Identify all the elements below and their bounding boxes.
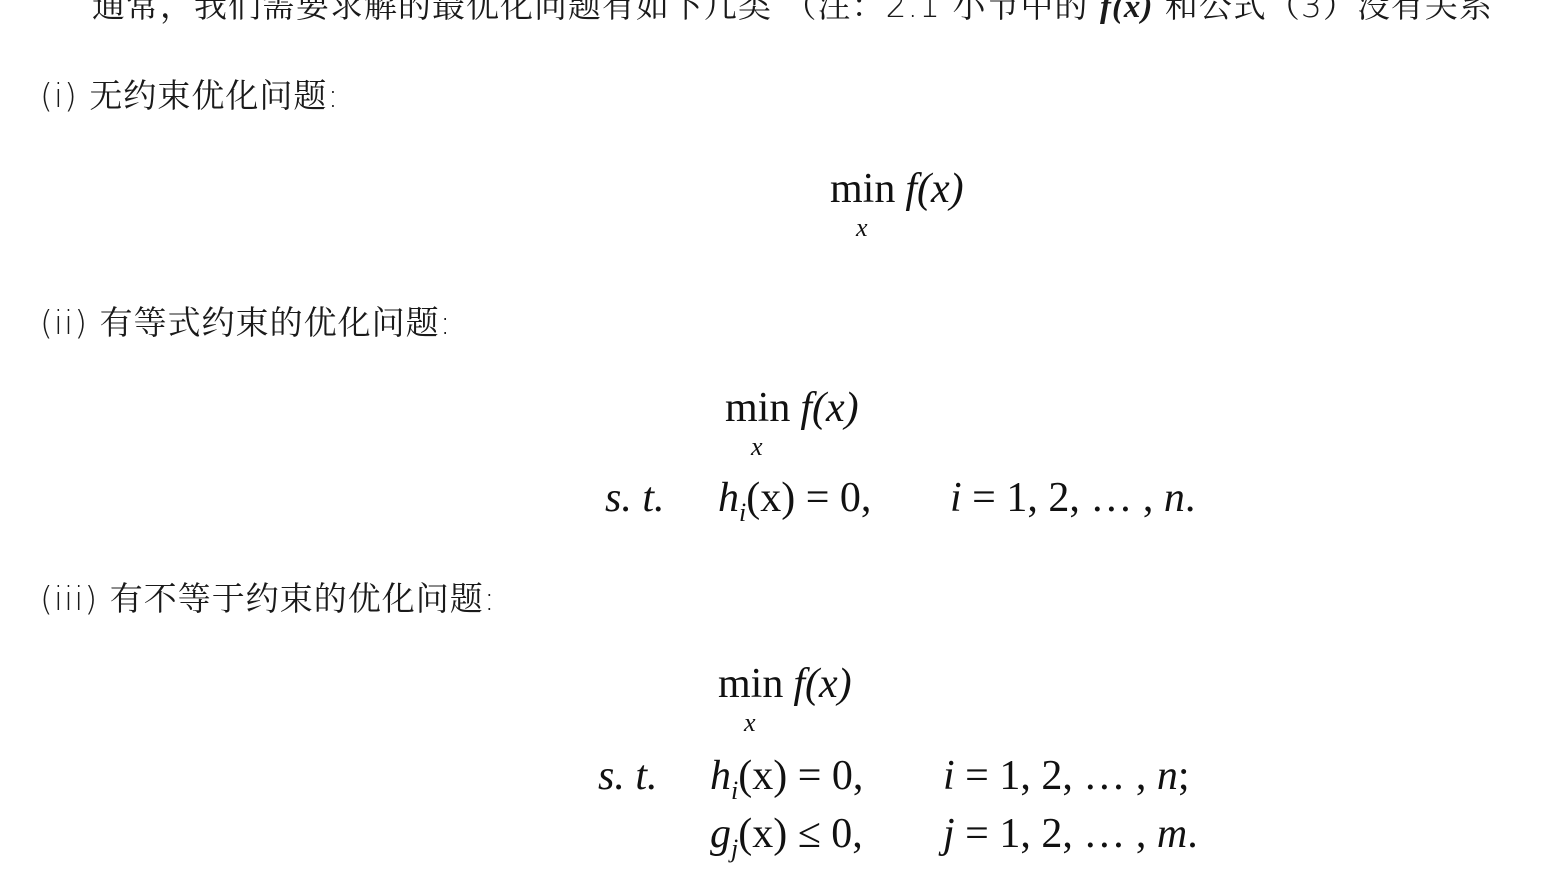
objective-unconstrained: min x f(x) xyxy=(830,165,964,213)
st-label: s. t. xyxy=(598,752,658,800)
objective-function: f(x) xyxy=(793,661,851,707)
index-range: = 1, 2, … , xyxy=(955,811,1157,857)
objective-function: f(x) xyxy=(800,385,858,431)
objective-function: f(x) xyxy=(905,166,963,212)
constraint-expr: (x) ≤ 0, xyxy=(738,811,863,857)
constraint-func: h xyxy=(718,475,739,521)
punct: ; xyxy=(1178,753,1190,799)
objective-equality: min x f(x) xyxy=(725,384,859,432)
min-operator: min xyxy=(725,385,790,431)
index-var: i xyxy=(943,753,955,799)
constraint-equality: hi(x) = 0, xyxy=(710,752,863,806)
constraint-expr: (x) = 0, xyxy=(738,753,863,799)
constraint-func: g xyxy=(710,811,731,857)
min-variable: x xyxy=(744,708,756,738)
constraint-range: i = 1, 2, … , n. xyxy=(950,474,1195,522)
objective-inequality: min x f(x) xyxy=(718,660,852,708)
index-end: n xyxy=(1157,753,1178,799)
index-range: = 1, 2, … , xyxy=(955,753,1157,799)
constraint-expr: (x) = 0, xyxy=(746,475,871,521)
intro-text-end: 和公式（3）没有关系 xyxy=(1153,0,1493,25)
min-variable: x xyxy=(751,432,763,462)
constraint-range: i = 1, 2, … , n; xyxy=(943,752,1190,800)
min-operator: min xyxy=(830,166,895,212)
constraint-func: h xyxy=(710,753,731,799)
index-var: j xyxy=(943,811,955,857)
min-variable: x xyxy=(856,213,868,243)
st-label: s. t. xyxy=(605,474,665,522)
punct: . xyxy=(1187,811,1198,857)
constraint-inequality: gj(x) ≤ 0, xyxy=(710,810,863,864)
intro-paragraph-line: 通常，我们需要求解的最优化问题有如下几类 （注：2.1 小节中的 f(x) 和公… xyxy=(92,0,1493,27)
intro-text: 通常，我们需要求解的最优化问题有如下几类 （注：2.1 小节中的 xyxy=(92,0,1100,25)
section-heading-unconstrained: (i) 无约束优化问题: xyxy=(40,70,340,117)
index-range: = 1, 2, … , xyxy=(962,475,1164,521)
constraint-range: j = 1, 2, … , m. xyxy=(943,810,1198,858)
min-operator: min xyxy=(718,661,783,707)
punct: . xyxy=(1185,475,1196,521)
intro-formula: f(x) xyxy=(1100,0,1153,25)
index-end: m xyxy=(1157,811,1187,857)
index-end: n xyxy=(1164,475,1185,521)
section-heading-equality: (ii) 有等式约束的优化问题: xyxy=(40,297,452,344)
section-heading-inequality: (iii) 有不等于约束的优化问题: xyxy=(40,573,496,620)
index-var: i xyxy=(950,475,962,521)
constraint-equality: hi(x) = 0, xyxy=(718,474,871,528)
